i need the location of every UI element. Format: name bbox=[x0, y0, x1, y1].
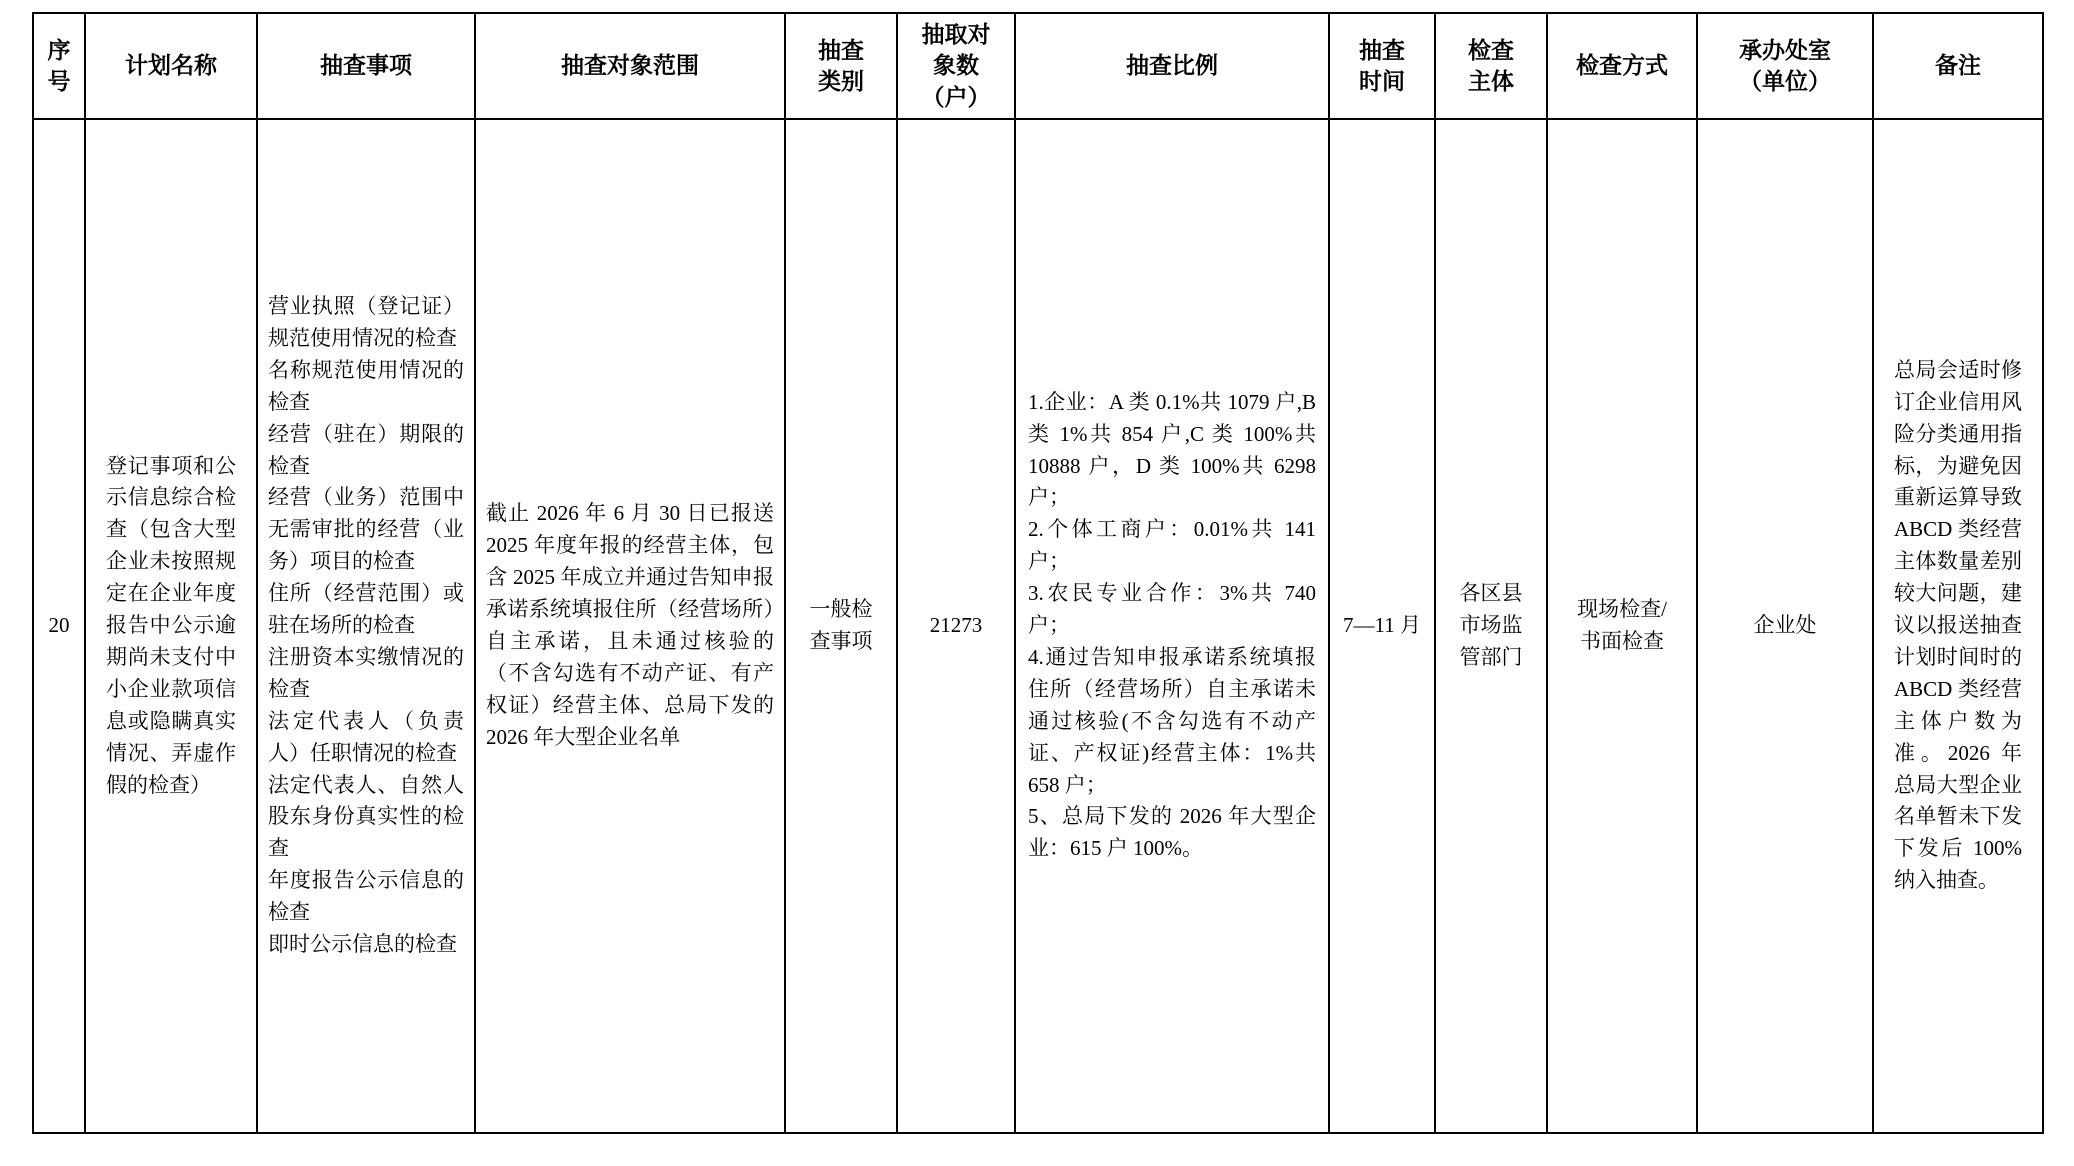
header-count: 抽取对 象数 （户） bbox=[897, 13, 1015, 119]
cell-seq: 20 bbox=[33, 119, 85, 1133]
header-plan-name: 计划名称 bbox=[85, 13, 257, 119]
header-category: 抽查 类别 bbox=[785, 13, 897, 119]
header-remarks: 备注 bbox=[1873, 13, 2043, 119]
cell-category: 一般检 查事项 bbox=[785, 119, 897, 1133]
cell-remarks: 总局会适时修订企业信用风险分类通用指标，为避免因重新运算导致 ABCD 类经营主… bbox=[1873, 119, 2043, 1133]
header-time: 抽查 时间 bbox=[1329, 13, 1435, 119]
header-seq: 序 号 bbox=[33, 13, 85, 119]
data-row: 20 登记事项和公示信息综合检查（包含大型企业未按照规定在企业年度报告中公示逾期… bbox=[33, 119, 2043, 1133]
header-department: 承办处室 （单位） bbox=[1697, 13, 1873, 119]
cell-method: 现场检查/ 书面检查 bbox=[1547, 119, 1697, 1133]
header-ratio: 抽查比例 bbox=[1015, 13, 1329, 119]
header-method: 检查方式 bbox=[1547, 13, 1697, 119]
cell-scope: 截止 2026 年 6 月 30 日已报送 2025 年度年报的经营主体，包含 … bbox=[475, 119, 785, 1133]
cell-time: 7—11 月 bbox=[1329, 119, 1435, 1133]
cell-department: 企业处 bbox=[1697, 119, 1873, 1133]
cell-count: 21273 bbox=[897, 119, 1015, 1133]
header-subject: 检查 主体 bbox=[1435, 13, 1547, 119]
document-page: 序 号 计划名称 抽查事项 抽查对象范围 抽查 类别 抽取对 象数 （户） 抽查… bbox=[0, 0, 2074, 1166]
cell-items: 营业执照（登记证）规范使用情况的检查 名称规范使用情况的检查 经营（驻在）期限的… bbox=[257, 119, 475, 1133]
header-row: 序 号 计划名称 抽查事项 抽查对象范围 抽查 类别 抽取对 象数 （户） 抽查… bbox=[33, 13, 2043, 119]
cell-subject: 各区县 市场监 管部门 bbox=[1435, 119, 1547, 1133]
cell-plan-name: 登记事项和公示信息综合检查（包含大型企业未按照规定在企业年度报告中公示逾期尚未支… bbox=[85, 119, 257, 1133]
inspection-plan-table: 序 号 计划名称 抽查事项 抽查对象范围 抽查 类别 抽取对 象数 （户） 抽查… bbox=[32, 12, 2044, 1134]
header-scope: 抽查对象范围 bbox=[475, 13, 785, 119]
cell-ratio: 1.企业：A 类 0.1%共 1079 户,B 类 1%共 854 户,C 类 … bbox=[1015, 119, 1329, 1133]
header-items: 抽查事项 bbox=[257, 13, 475, 119]
